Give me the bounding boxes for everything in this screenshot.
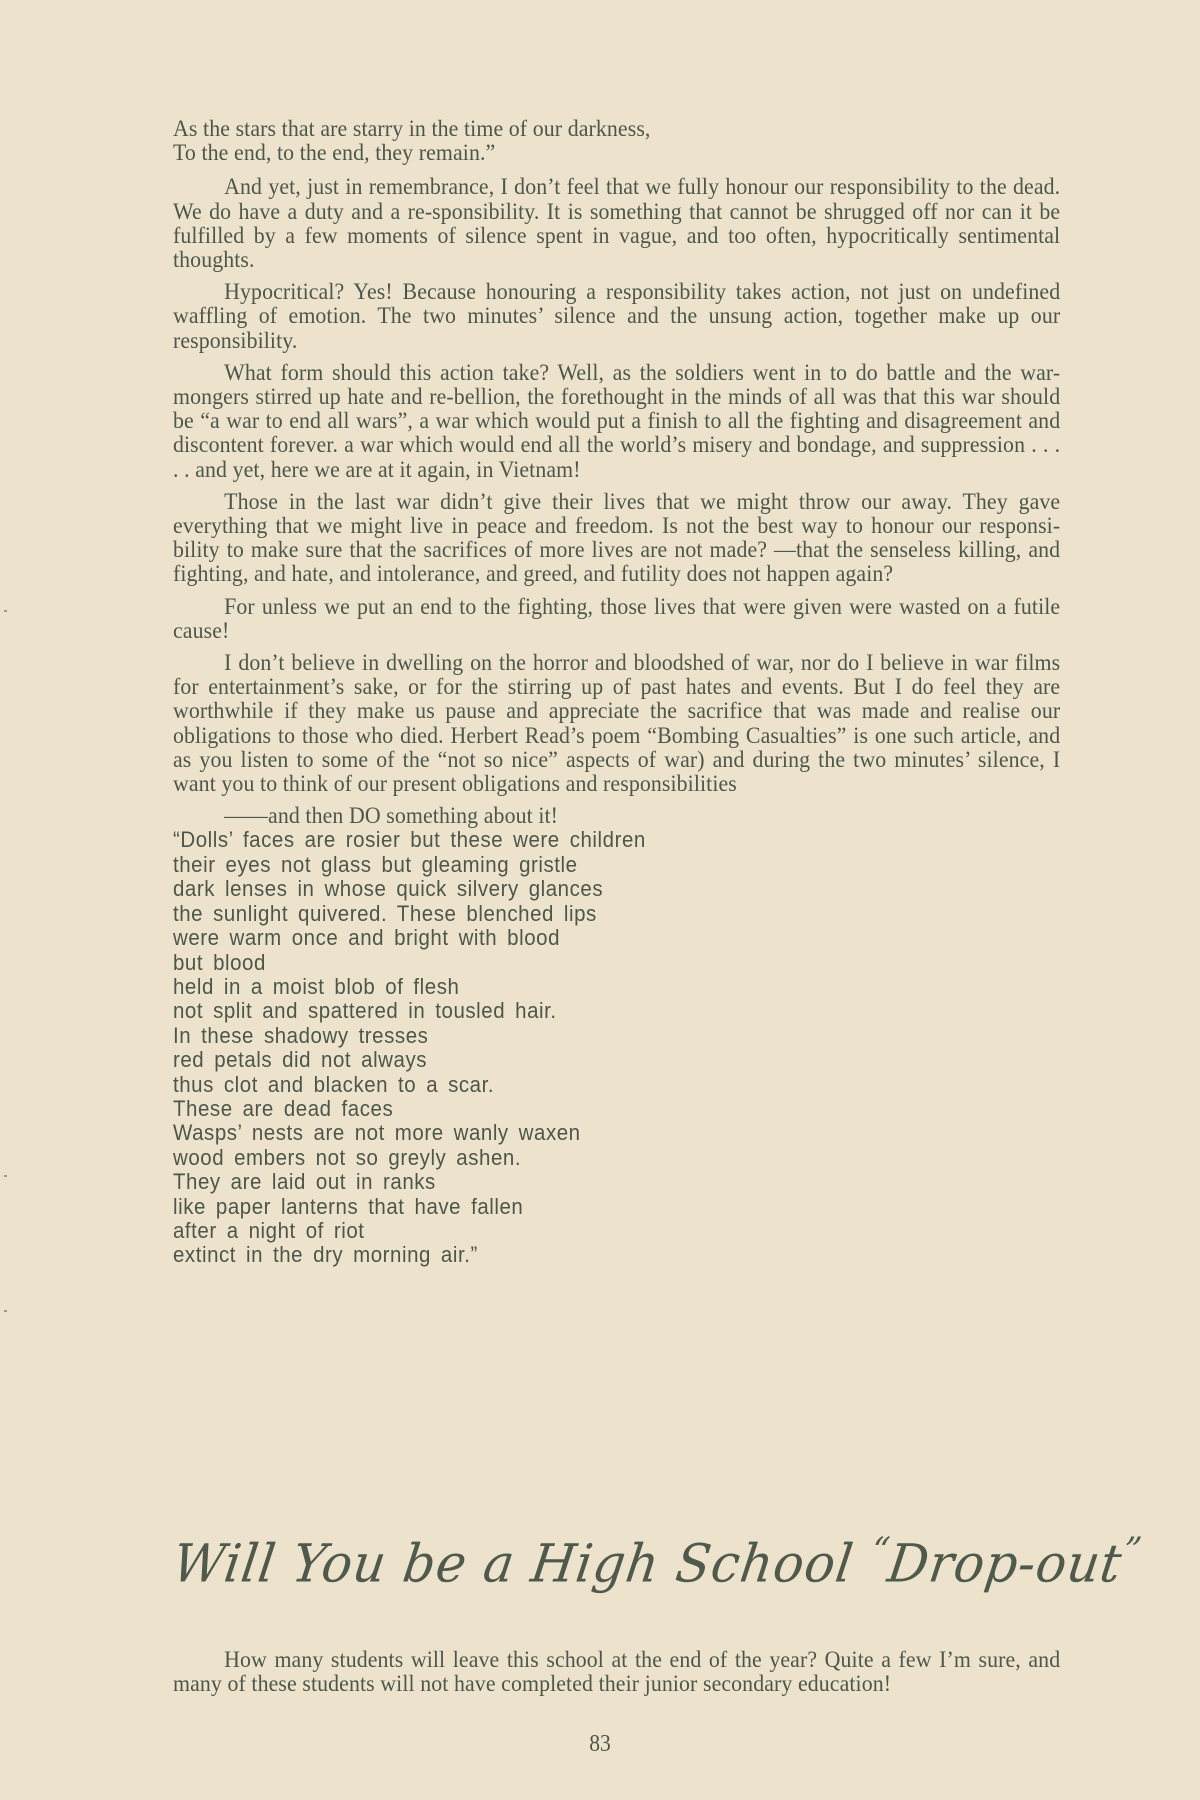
heading-quoted-word: Drop-out [884,1533,1126,1594]
scan-mark [4,1175,7,1177]
paragraph: For unless we put an end to the fighting… [173,595,1060,643]
paragraph: How many students will leave this school… [173,1648,1060,1696]
section-heading: Will You be a High School “Drop-out” [169,1530,1058,1594]
section-text: How many students will leave this school… [173,1648,1060,1696]
poem-line: red petals did not always [173,1048,1060,1072]
poem-line: extinct in the dry morning air.” [173,1243,1060,1267]
paragraph: Hypocritical? Yes! Because honouring a r… [173,280,1060,353]
call-to-action-line: ——and then DO something about it! [173,804,1060,828]
poem-line: “Dolls’ faces are rosier but these were … [173,828,1060,852]
poem-line: were warm once and bright with blood [173,926,1060,950]
poem-line: wood embers not so greyly ashen. [173,1146,1060,1170]
poem-line: Wasps’ nests are not more wanly waxen [173,1121,1060,1145]
poem-line: held in a moist blob of flesh [173,975,1060,999]
page-body: As the stars that are starry in the time… [173,117,1060,1268]
quote-line: To the end, to the end, they remain.” [173,141,1060,165]
poem-line: thus clot and blacken to a scar. [173,1073,1060,1097]
poem-line: not split and spattered in tousled hair. [173,999,1060,1023]
poem-line: They are laid out in ranks [173,1170,1060,1194]
quote-line: As the stars that are starry in the time… [173,117,1060,141]
paragraph: And yet, just in remembrance, I don’t fe… [173,175,1060,272]
poem-line: the sunlight quivered. These blenched li… [173,902,1060,926]
article-text: As the stars that are starry in the time… [173,117,1060,1268]
heading-text: Will You be a High School [169,1533,857,1594]
poem-line: after a night of riot [173,1219,1060,1243]
poem-line: In these shadowy tresses [173,1024,1060,1048]
scan-mark [4,610,7,612]
section-body: How many students will leave this school… [173,1648,1060,1704]
poem-line: like paper lanterns that have fallen [173,1195,1060,1219]
poem-line: dark lenses in whose quick silvery glanc… [173,877,1060,901]
paragraph: What form should this action take? Well,… [173,361,1060,482]
paragraph: Those in the last war didn’t give their … [173,490,1060,587]
poem-bombing-casualties: “Dolls’ faces are rosier but these were … [173,828,1060,1267]
heading-close-quote: ” [1121,1530,1145,1572]
opening-quote: As the stars that are starry in the time… [173,117,1060,165]
poem-line: but blood [173,951,1060,975]
paragraph: I don’t believe in dwelling on the horro… [173,651,1060,796]
poem-line: These are dead faces [173,1097,1060,1121]
poem-line: their eyes not glass but gleaming gristl… [173,853,1060,877]
page-number: 83 [60,1731,1140,1758]
scan-mark [4,1310,7,1312]
